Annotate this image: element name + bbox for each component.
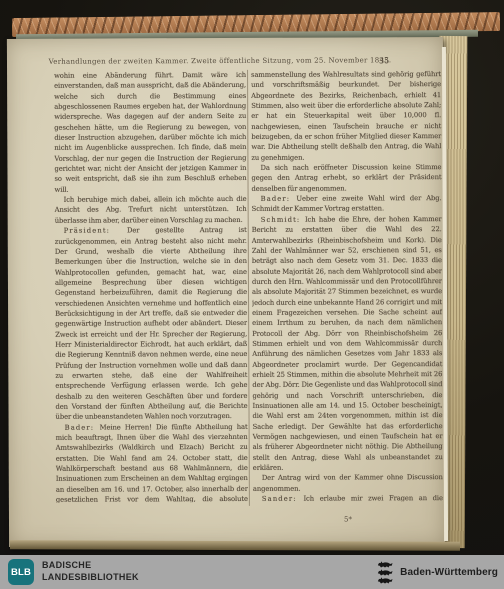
paragraph: Bader: Meine Herren! Die fünfte Abtheilu… <box>56 422 248 503</box>
library-name-line2: LANDESBIBLIOTHEK <box>42 572 139 584</box>
speaker-name: Sander: <box>262 495 304 502</box>
speaker-name: Bader: <box>261 195 297 203</box>
library-name-line1: BADISCHE <box>42 560 139 572</box>
speaker-name: Bader: <box>65 423 100 431</box>
scanned-page: Verhandlungen der zweiten Kammer. Zweite… <box>7 37 445 547</box>
library-footer-bar: BLB BADISCHE LANDESBIBLIOTHEK Baden-Würt… <box>0 555 504 589</box>
paragraph: Bader: Ueber eine zweite Wahl wird der A… <box>252 193 442 215</box>
paragraph: wohin eine Abänderung führt. Damit wäre … <box>54 70 247 195</box>
text-column-right: sammenstellung des Wahlresultats sind ge… <box>251 69 443 502</box>
blb-logo-icon: BLB <box>8 559 34 585</box>
paragraph: sammenstellung des Wahlresultats sind ge… <box>251 69 441 163</box>
paragraph: Präsident: Der gestellte Antrag ist zurü… <box>55 225 248 422</box>
paragraph: Da sich nach eröffneter Discussion keine… <box>251 162 441 194</box>
state-branding: Baden-Württemberg <box>376 560 498 584</box>
state-label: Baden-Württemberg <box>400 567 498 578</box>
page-bottom-edge <box>10 540 460 551</box>
page-number: 35 <box>379 56 389 65</box>
digitized-book-photo: Verhandlungen der zweiten Kammer. Zweite… <box>0 0 504 589</box>
paragraph: Schmidt: Ich habe die Ehre, der hohen Ka… <box>252 214 443 473</box>
library-name: BADISCHE LANDESBIBLIOTHEK <box>42 560 139 583</box>
paragraph: Der Antrag wird von der Kammer ohne Disc… <box>253 472 443 494</box>
speaker-name: Präsident: <box>64 227 127 235</box>
text-column-left: wohin eine Abänderung führt. Damit wäre … <box>54 70 248 503</box>
paragraph: Sander: Ich erlaube mir zwei Fragen an d… <box>253 493 443 502</box>
signature-mark: 5* <box>253 515 443 524</box>
speaker-name: Schmidt: <box>261 215 305 223</box>
paragraph: Ich beruhige mich dabei, allein ich möch… <box>55 194 247 226</box>
baden-wuerttemberg-coat-of-arms-icon <box>376 560 394 584</box>
running-header: Verhandlungen der zweiten Kammer. Zweite… <box>47 56 393 66</box>
